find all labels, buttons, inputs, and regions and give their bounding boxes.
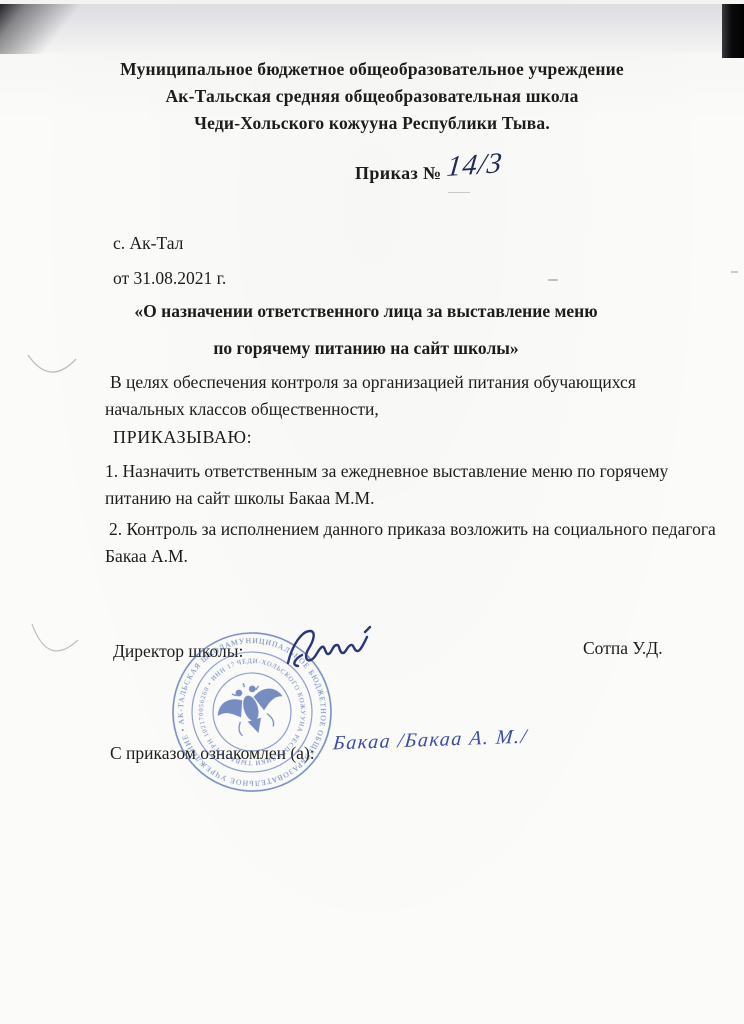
director-signature-ink	[281, 623, 377, 675]
scan-speck-2	[731, 271, 738, 273]
letterhead-line-3: Чеди-Хольского кожууна Республики Тыва.	[40, 110, 704, 137]
scan-shadow-top-left	[0, 4, 110, 54]
letterhead: Муниципальное бюджетное общеобразователь…	[40, 56, 704, 137]
order-item-2: 2. Контроль за исполнением данного прика…	[105, 516, 725, 570]
letterhead-line-1: Муниципальное бюджетное общеобразователь…	[40, 56, 704, 83]
order-number-label: Приказ №	[355, 163, 442, 184]
scan-speck	[548, 279, 558, 281]
date-line: от 31.08.2021 г.	[113, 268, 226, 289]
scanned-order-page: Муниципальное бюджетное общеобразователь…	[0, 0, 744, 1024]
place-line: с. Ак-Тал	[113, 233, 183, 254]
subject-line-2: по горячему питанию на сайт школы»	[40, 338, 692, 359]
order-number-underline	[448, 192, 470, 193]
letterhead-line-2: Ак-Тальская средняя общеобразовательная …	[40, 83, 704, 110]
order-number-handwritten: 14/3	[445, 147, 504, 184]
director-name: Сотпа У.Д.	[583, 638, 663, 659]
decree-word: ПРИКАЗЫВАЮ:	[113, 427, 252, 448]
scan-top-band	[0, 4, 744, 53]
order-item-1: 1. Назначить ответственным за ежедневное…	[105, 458, 725, 512]
order-subject: «О назначении ответственного лица за выс…	[40, 301, 692, 359]
punch-hole-mark-lower	[24, 618, 84, 674]
scan-shadow-top-right	[722, 4, 744, 58]
subject-line-1: «О назначении ответственного лица за выс…	[40, 301, 692, 322]
paper-texture	[0, 0, 744, 1024]
preamble-paragraph: В целях обеспечения контроля за организа…	[105, 369, 705, 423]
